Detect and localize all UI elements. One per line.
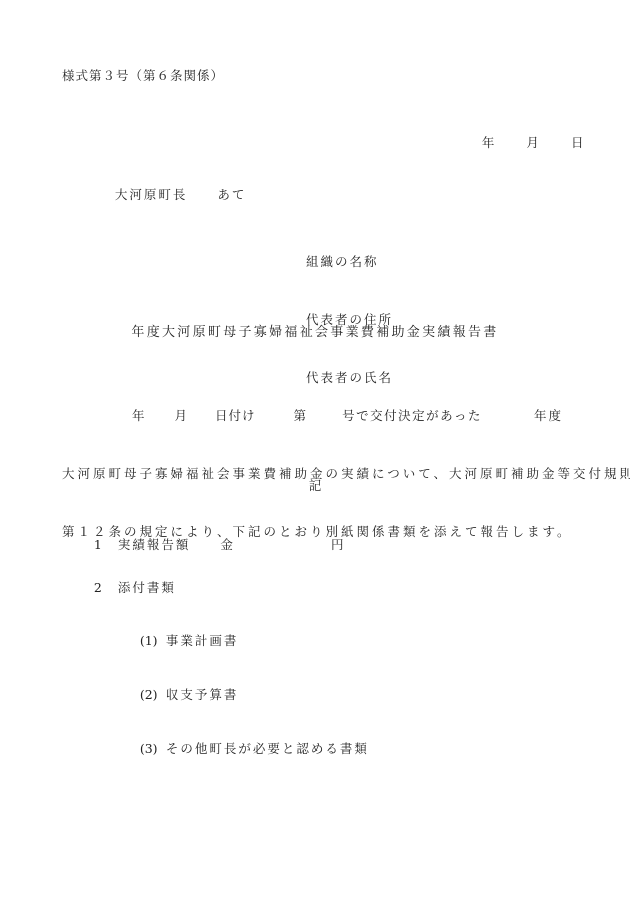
attachment-label: その他町長が必要と認める書類 (166, 741, 369, 756)
attachment-label: 事業計画書 (166, 633, 239, 648)
attachment-item: (3)その他町長が必要と認める書類 (104, 725, 369, 747)
body-line-1: 年 月 日付け 第 号で交付決定があった 年度 (62, 408, 630, 434)
date-line: 年月日 (466, 119, 583, 167)
date-year-label: 年 (482, 135, 495, 151)
amount-suffix: 円 (331, 537, 344, 552)
attachment-item: (2)収支予算書 (104, 671, 369, 693)
attachment-list: (1)事業計画書 (2)収支予算書 (3)その他町長が必要と認める書類 (104, 585, 369, 779)
fiscal-year-label: 年度 (534, 408, 563, 434)
addressee: 大河原町長あて (91, 171, 246, 219)
decision-day-label: 日付け (215, 408, 256, 434)
item-label: 実績報告額 (118, 537, 191, 552)
attachment-item: (1)事業計画書 (104, 617, 369, 639)
attachment-number: (2) (140, 687, 166, 703)
attachment-number: (3) (140, 741, 166, 757)
amount-prefix: 金 (220, 537, 233, 552)
decision-number-prefix: 第 (294, 408, 307, 434)
date-month-label: 月 (526, 135, 539, 151)
attachment-label: 収支予算書 (166, 687, 239, 702)
document-title: 年度大河原町母子寡婦福祉会事業費補助金実績報告書 (0, 325, 630, 341)
item-number: 1 (94, 537, 118, 553)
addressee-name: 大河原町長 (115, 187, 188, 202)
organization-name-label: 組織の名称 (306, 254, 393, 280)
ki-heading: 記 (0, 478, 630, 494)
item-report-amount: 1実績報告額金円 (78, 521, 343, 569)
date-day-label: 日 (571, 135, 584, 151)
addressee-suffix: あて (217, 187, 246, 202)
decision-month-label: 月 (175, 408, 188, 434)
attachment-number: (1) (140, 633, 166, 649)
form-number: 様式第３号（第６条関係） (62, 68, 224, 84)
decision-year-label: 年 (132, 408, 145, 434)
decision-number-suffix: 号で交付決定があった (342, 408, 482, 434)
